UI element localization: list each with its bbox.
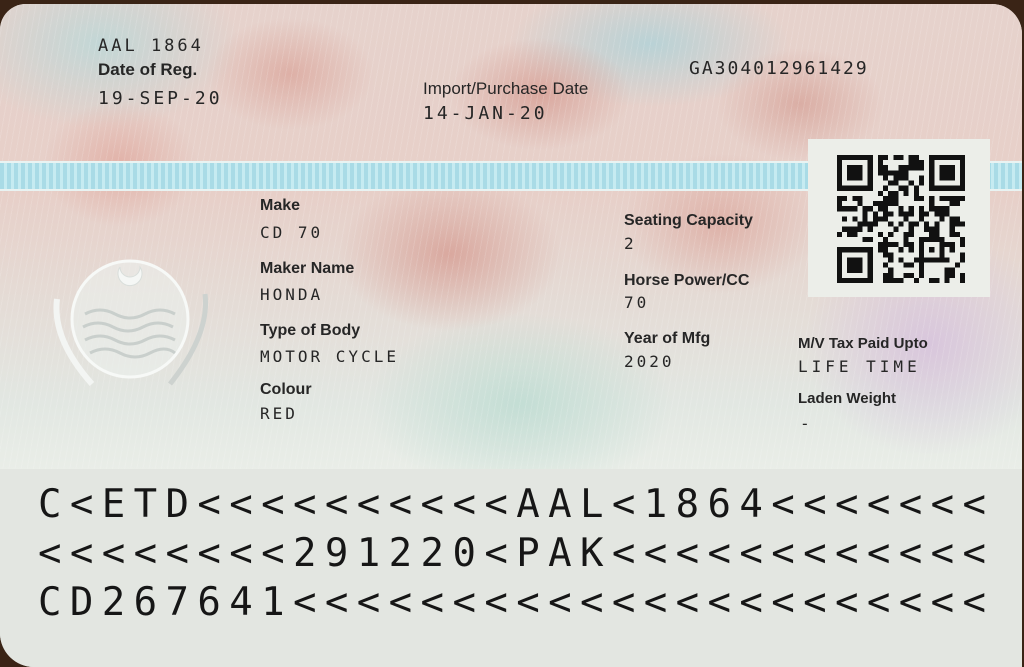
horse-power-label: Horse Power/CC (624, 272, 749, 290)
mrz-line-2: <<<<<<<<291220<PAK<<<<<<<<<<<< (38, 531, 994, 576)
tax-paid-upto-value: LIFE TIME (798, 357, 921, 376)
document-number: GA304012961429 (689, 58, 869, 79)
date-of-reg-label: Date of Reg. (98, 60, 197, 80)
punjab-government-emblem-icon (45, 249, 215, 399)
laden-weight-label: Laden Weight (798, 390, 896, 407)
mrz-line-3: CD267641<<<<<<<<<<<<<<<<<<<<<< (38, 580, 994, 625)
colour-label: Colour (260, 381, 312, 399)
import-purchase-date-value: 14-JAN-20 (423, 103, 548, 124)
registration-number: AAL 1864 (98, 36, 204, 56)
maker-name-value: HONDA (260, 285, 323, 304)
type-of-body-label: Type of Body (260, 322, 360, 340)
seating-capacity-value: 2 (624, 234, 637, 253)
seating-capacity-label: Seating Capacity (624, 212, 753, 230)
laden-weight-value: - (800, 414, 813, 433)
date-of-reg-value: 19-SEP-20 (98, 88, 223, 109)
qr-code-icon (808, 139, 990, 297)
year-of-mfg-label: Year of Mfg (624, 330, 710, 348)
make-label: Make (260, 197, 300, 215)
horse-power-value: 70 (624, 293, 649, 312)
mrz-line-1: C<ETD<<<<<<<<<<AAL<1864<<<<<<< (38, 482, 994, 527)
year-of-mfg-value: 2020 (624, 352, 675, 371)
type-of-body-value: MOTOR CYCLE (260, 347, 399, 366)
import-purchase-date-label: Import/Purchase Date (423, 79, 588, 99)
make-value: CD 70 (260, 223, 323, 242)
tax-paid-upto-label: M/V Tax Paid Upto (798, 335, 928, 352)
vehicle-registration-card: AAL 1864 Date of Reg. 19-SEP-20 Import/P… (0, 4, 1022, 667)
colour-value: RED (260, 404, 298, 423)
maker-name-label: Maker Name (260, 260, 354, 278)
